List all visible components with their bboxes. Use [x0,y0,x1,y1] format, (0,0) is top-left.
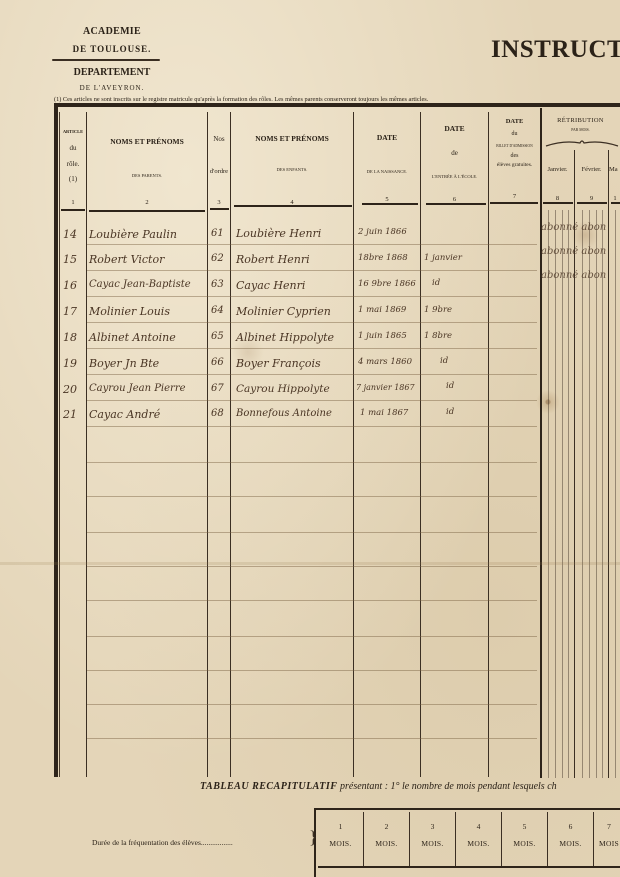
subcolumn-line [589,210,590,778]
header-birth-title: DATE [354,134,420,142]
retribution-status: abonné abon [541,246,606,257]
recap-title-rest: présentant : 1° le nombre de mois pendan… [337,781,556,792]
header-rule [234,205,352,207]
header-birth: DATE DE LA NAISSANCE. [354,134,420,175]
duree-label: Durée de la fréquentation des élèves....… [92,838,233,847]
ruled-line [87,496,537,497]
order-number: 61 [211,228,224,239]
header-rule [362,203,418,205]
recap-month-unit: MOIS. [318,839,363,848]
header-article-mid: du [60,145,86,153]
retribution-brace [544,138,620,148]
ruled-line [87,636,537,637]
header-birth-sub: DE LA NAISSANCE. [354,170,420,175]
entry-date: id [446,407,454,417]
column-divider [574,150,575,778]
subcolumn-line [555,210,556,778]
recap-month-number: 1 [318,822,363,831]
header-article-top: ARTICLE [60,130,86,135]
recap-month-cell: 3 MOIS. [410,812,456,866]
document-title: INSTRUCTIO [491,36,620,64]
order-number: 66 [211,357,224,368]
column-divider [353,112,354,777]
article-number: 16 [63,279,77,292]
ruled-line [87,322,537,323]
order-number: 68 [211,408,224,419]
header-entry-title: DATE [421,125,488,133]
birth-date: 4 mars 1860 [358,357,412,367]
header-order: Nos d'ordre [207,136,231,175]
recap-month-cell: 1 MOIS. [318,812,364,866]
header-retribution: RÉTRIBUTION PAR MOIS. [541,117,620,132]
ruled-line [87,426,537,427]
ruled-line [87,566,537,567]
order-number: 62 [211,253,224,264]
recap-title: TABLEAU RECAPITULATIF présentant : 1° le… [200,781,557,792]
ruled-line [87,244,537,245]
birth-date: 16 9bre 1866 [358,279,416,289]
departement-name: DE L'AVEYRON. [52,84,172,92]
recap-month-cell: 6 MOIS. [548,812,594,866]
child-name: Bonnefous Antoine [236,408,332,419]
subcolumn-line [582,210,583,778]
header-entry: DATE de L'ENTRÉE À L'ÉCOLE. [421,125,488,180]
header-billet-des: des [489,153,540,160]
recap-month-unit: MOIS. [548,839,593,848]
parent-name: Albinet Antoine [89,331,176,344]
header-parents-title: NOMS ET PRÉNOMS [87,138,207,146]
parent-name: Loubière Paulin [89,228,177,241]
ruled-line [87,400,537,401]
recap-month-number: 7 [594,822,620,831]
header-divider [52,59,160,61]
header-month-mars: Ma [609,166,620,173]
header-billet-sub: élèves gratuites. [489,162,540,168]
column-number: 5 [354,196,420,203]
header-rule [61,209,85,211]
recap-month-number: 3 [410,822,455,831]
order-number: 67 [211,383,224,394]
child-name: Robert Henri [236,253,310,266]
parent-name: Cayac André [89,408,160,421]
column-divider [540,108,542,778]
recap-month-unit: MOIS. [410,839,455,848]
ruled-line [87,670,537,671]
ruled-line [87,296,537,297]
article-number: 19 [63,357,77,370]
order-number: 64 [211,305,224,316]
retribution-status: abonné abon [541,222,606,233]
birth-date: 1 juin 1865 [358,331,407,341]
entry-date: 1 9bre [424,305,452,315]
header-children-title: NOMS ET PRÉNOMS [231,135,353,143]
column-number: 6 [421,196,488,203]
header-billet-title: DATE [489,118,540,125]
parent-name: Cayac Jean-Baptiste [89,279,191,290]
column-divider [608,150,609,778]
table-top-border [54,103,620,107]
recap-month-cell: 4 MOIS. [456,812,502,866]
entry-date: 1 8bre [424,331,452,341]
child-name: Cayac Henri [236,279,305,292]
header-billet-mid: du [489,131,540,138]
ruled-line [87,704,537,705]
header-retribution-sub: PAR MOIS. [541,128,620,132]
column-divider [488,112,489,777]
ruled-line [87,532,537,533]
entry-date: id [446,381,454,391]
article-number: 18 [63,331,77,344]
article-number: 14 [63,228,77,241]
recap-month-number: 5 [502,822,547,831]
header-rule [611,202,620,204]
academie-city: DE TOULOUSE. [52,44,172,54]
recap-title-bold: TABLEAU RECAPITULATIF [200,781,337,792]
subcolumn-line [548,210,549,778]
child-name: Molinier Cyprien [236,305,331,318]
header-month-fevrier: Février. [575,166,608,173]
subcolumn-line [562,210,563,778]
recap-month-unit: MOIS. [364,839,409,848]
header-parents: NOMS ET PRÉNOMS DES PARENTS. [87,138,207,179]
retribution-status: abonné abon [541,270,606,281]
child-name: Loubière Henri [236,227,321,240]
birth-date: 18bre 1868 [358,253,408,263]
recap-month-unit: MOIS. [502,839,547,848]
child-name: Cayrou Hippolyte [236,383,330,395]
header-rule [426,203,486,205]
recap-month-number: 6 [548,822,593,831]
brace-icon: } [309,828,318,846]
entry-date: 1 janvier [424,253,462,263]
subcolumn-line [568,210,569,778]
article-number: 15 [63,253,77,266]
subcolumn-line [602,210,603,778]
birth-date: 1 mai 1867 [360,408,408,418]
column-number: 3 [207,199,231,206]
header-article: ARTICLE du rôle. (1) [60,130,86,184]
recap-month-unit: MOIS. [456,839,501,848]
header-rule [210,208,229,210]
order-number: 63 [211,279,224,290]
recap-header-rule [318,866,620,868]
recap-month-cell: 5 MOIS. [502,812,548,866]
table-left-border [54,107,58,777]
column-number: 1 [60,199,86,206]
header-children-sub: DES ENFANTS. [231,168,353,173]
birth-date: 1 mai 1869 [358,305,406,315]
subcolumn-line [596,210,597,778]
column-number: 9 [575,195,608,202]
column-number: 2 [87,199,207,206]
paper-fold [0,562,620,565]
parent-name: Cayrou Jean Pierre [89,383,186,394]
column-divider [207,112,208,777]
header-rule [577,202,607,204]
column-number: 1 [609,195,620,202]
header-month-janvier: Janvier. [541,166,574,173]
ruled-line [87,270,537,271]
ruled-line [87,600,537,601]
recap-month-unit: MOIS [594,839,620,848]
ruled-line [87,348,537,349]
article-number: 21 [63,408,77,421]
recap-month-number: 4 [456,822,501,831]
header-order-sub: d'ordre [207,168,231,175]
recap-month-number: 2 [364,822,409,831]
header-article-low: rôle. [60,161,86,169]
article-number: 17 [63,305,77,318]
column-divider [230,112,231,777]
birth-date: 2 juin 1866 [358,227,407,237]
header-billet-admission: BILLET D'ADMISSION [489,145,540,149]
header-entry-sub: L'ENTRÉE À L'ÉCOLE. [421,175,488,180]
header-rule [543,202,573,204]
table-left-inner-border [59,112,60,777]
ruled-line [87,738,537,739]
column-divider [420,112,421,777]
header-article-note: (1) [60,176,86,184]
recap-top-border [314,808,620,810]
entry-date: id [432,278,440,288]
header-rule [89,210,205,212]
header-parents-sub: DES PARENTS. [87,174,207,179]
entry-date: id [440,356,448,366]
order-number: 65 [211,331,224,342]
column-divider [86,112,87,777]
header-billet: DATE du BILLET D'ADMISSION des élèves gr… [489,118,540,168]
academie-label: ACADEMIE [52,26,172,37]
parent-name: Molinier Louis [89,305,170,318]
header-rule [490,202,538,204]
column-number: 8 [541,195,574,202]
article-number: 20 [63,383,77,396]
column-number: 7 [489,193,540,200]
ruled-line [87,374,537,375]
subcolumn-line [615,210,616,778]
header-retribution-title: RÉTRIBUTION [541,117,620,124]
header-order-title: Nos [207,136,231,144]
ruled-line [87,462,537,463]
recap-month-cell: 2 MOIS. [364,812,410,866]
departement-label: DEPARTEMENT [52,67,172,78]
parent-name: Robert Victor [89,253,164,266]
header-children: NOMS ET PRÉNOMS DES ENFANTS. [231,135,353,173]
header-entry-mid: de [421,150,488,158]
child-name: Boyer François [236,357,321,370]
footnote: (1) Ces articles ne sont inscrits sur le… [54,96,428,103]
recap-month-cell: 7 MOIS [594,812,620,866]
child-name: Albinet Hippolyte [236,331,334,344]
birth-date: 7 janvier 1867 [356,383,415,392]
parent-name: Boyer Jn Bte [89,357,159,370]
